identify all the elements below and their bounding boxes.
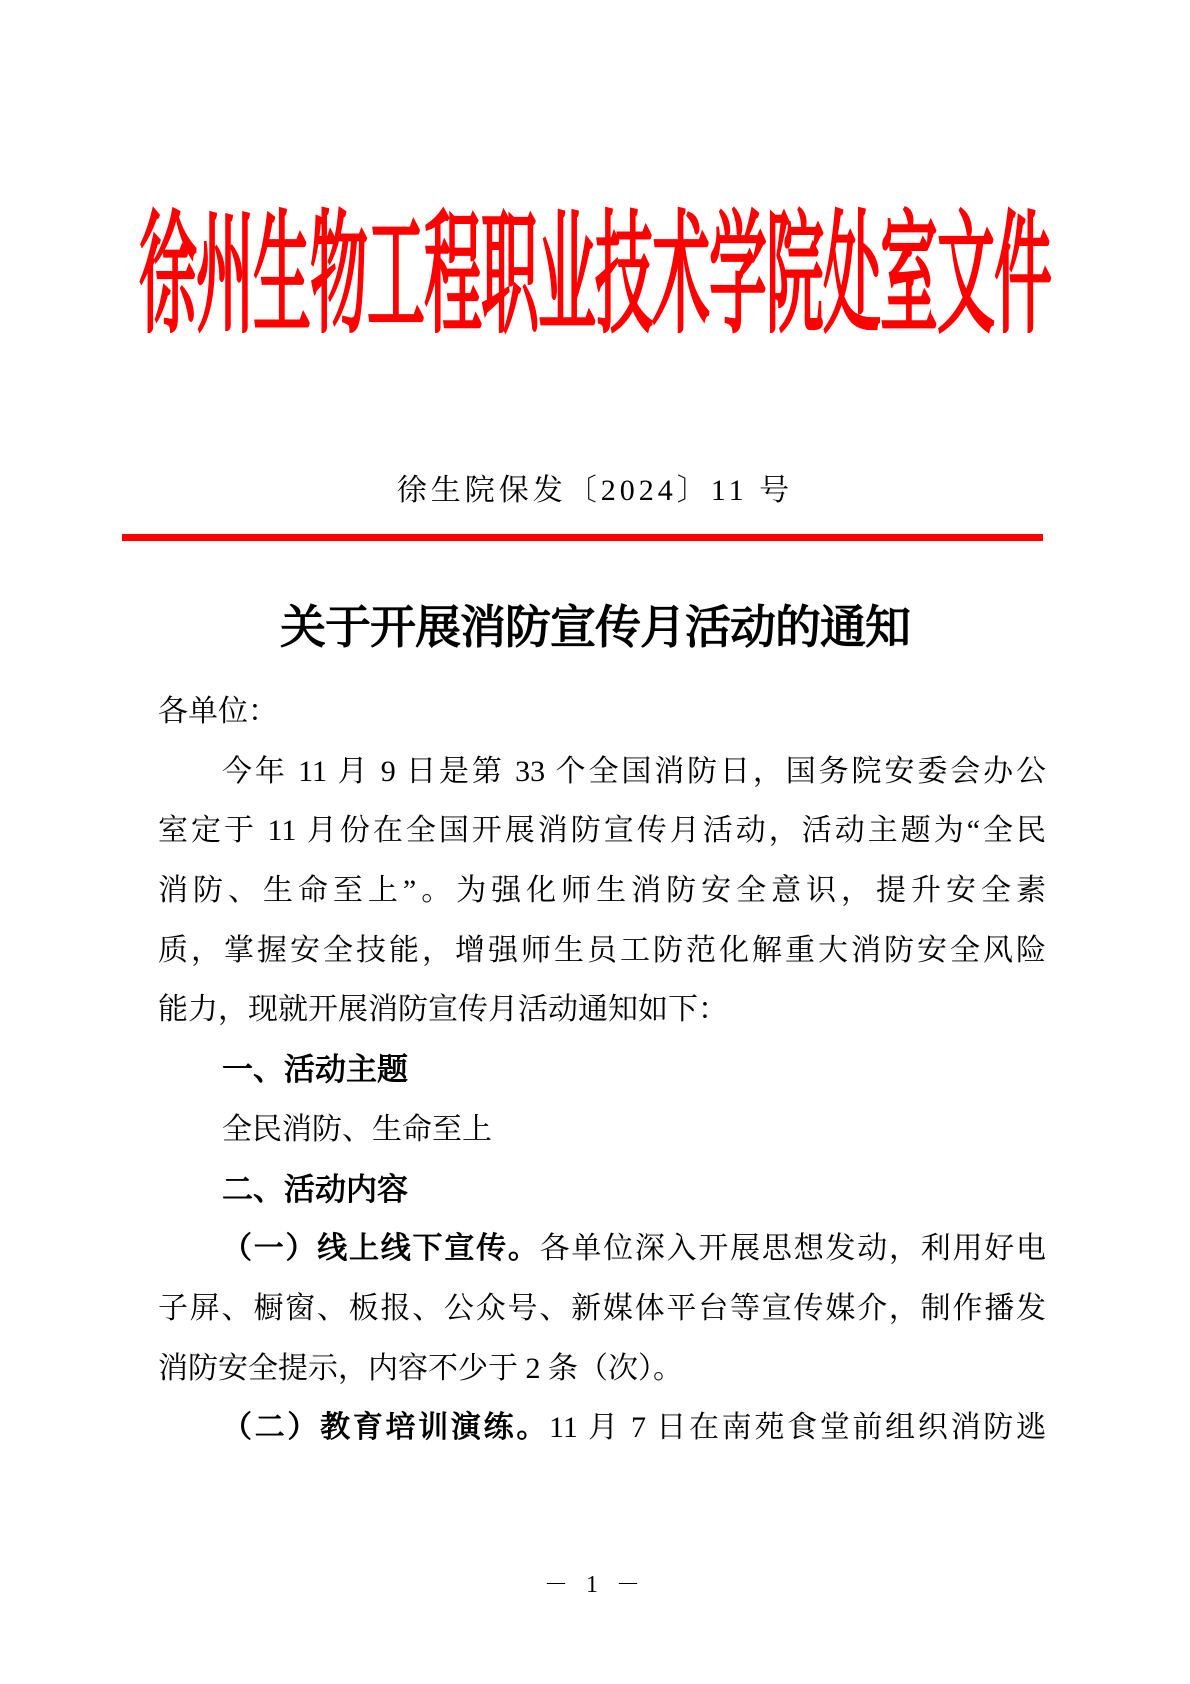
body-text-segment: 消防安全提示，内容不少于 2 条（次）。 — [158, 1352, 683, 1385]
document-page: 徐州生物工程职业技术学院处室文件 徐生院保发〔2024〕11 号 关于开展消防宣… — [0, 0, 1190, 1684]
body-heading-line: 一、活动主题 — [158, 1040, 1046, 1100]
body-text-segment: 11 月 7 日在南苑食堂前组织消防逃 — [549, 1411, 1046, 1444]
body-line: 能力，现就开展消防宣传月活动通知如下： — [158, 980, 1046, 1040]
body-line: 质，掌握安全技能，增强师生员工防范化解重大消防安全风险 — [158, 921, 1046, 981]
body-line: 子屏、橱窗、板报、公众号、新媒体平台等宣传媒介，制作播发 — [158, 1279, 1046, 1339]
body-text-segment: 各单位： — [158, 695, 278, 728]
body-heading-line: 二、活动内容 — [158, 1160, 1046, 1220]
body-line: 室定于 11 月份在全国开展消防宣传月活动，活动主题为“全民 — [158, 801, 1046, 861]
red-divider-line — [122, 534, 1043, 541]
body-text-segment: 消防、生命至上”。为强化师生消防安全意识，提升安全素 — [158, 874, 1046, 907]
body-text-segment: 能力，现就开展消防宣传月活动通知如下： — [158, 993, 728, 1026]
body-line: 全民消防、生命至上 — [158, 1100, 1046, 1160]
body-line: 今年 11 月 9 日是第 33 个全国消防日，国务院安委会办公 — [158, 742, 1046, 802]
document-number: 徐生院保发〔2024〕11 号 — [0, 474, 1190, 508]
body-line: 各单位： — [158, 682, 1046, 742]
document-title: 关于开展消防宣传月活动的通知 — [0, 598, 1190, 658]
body-text-bold-segment: 一、活动主题 — [222, 1052, 408, 1087]
body-line: 消防安全提示，内容不少于 2 条（次）。 — [158, 1339, 1046, 1399]
body-text-segment: 质，掌握安全技能，增强师生员工防范化解重大消防安全风险 — [158, 934, 1046, 967]
body-text-bold-segment: （一）线上线下宣传。 — [222, 1232, 540, 1265]
body-text-bold-segment: （二）教育培训演练。 — [222, 1411, 549, 1444]
document-body: 各单位：今年 11 月 9 日是第 33 个全国消防日，国务院安委会办公室定于 … — [158, 682, 1046, 1458]
page-number: － 1 － — [0, 1570, 1190, 1600]
body-text-segment: 子屏、橱窗、板报、公众号、新媒体平台等宣传媒介，制作播发 — [158, 1292, 1046, 1325]
document-banner-title: 徐州生物工程职业技术学院处室文件 — [0, 208, 1190, 346]
body-text-bold-segment: 二、活动内容 — [222, 1172, 408, 1207]
body-text-segment: 各单位深入开展思想发动，利用好电 — [540, 1232, 1046, 1265]
body-text-segment: 今年 11 月 9 日是第 33 个全国消防日，国务院安委会办公 — [222, 755, 1046, 788]
body-text-segment: 室定于 11 月份在全国开展消防宣传月活动，活动主题为“全民 — [158, 814, 1046, 847]
body-line: （一）线上线下宣传。各单位深入开展思想发动，利用好电 — [158, 1219, 1046, 1279]
body-line: （二）教育培训演练。11 月 7 日在南苑食堂前组织消防逃 — [158, 1398, 1046, 1458]
body-line: 消防、生命至上”。为强化师生消防安全意识，提升安全素 — [158, 861, 1046, 921]
body-text-segment: 全民消防、生命至上 — [222, 1113, 492, 1146]
